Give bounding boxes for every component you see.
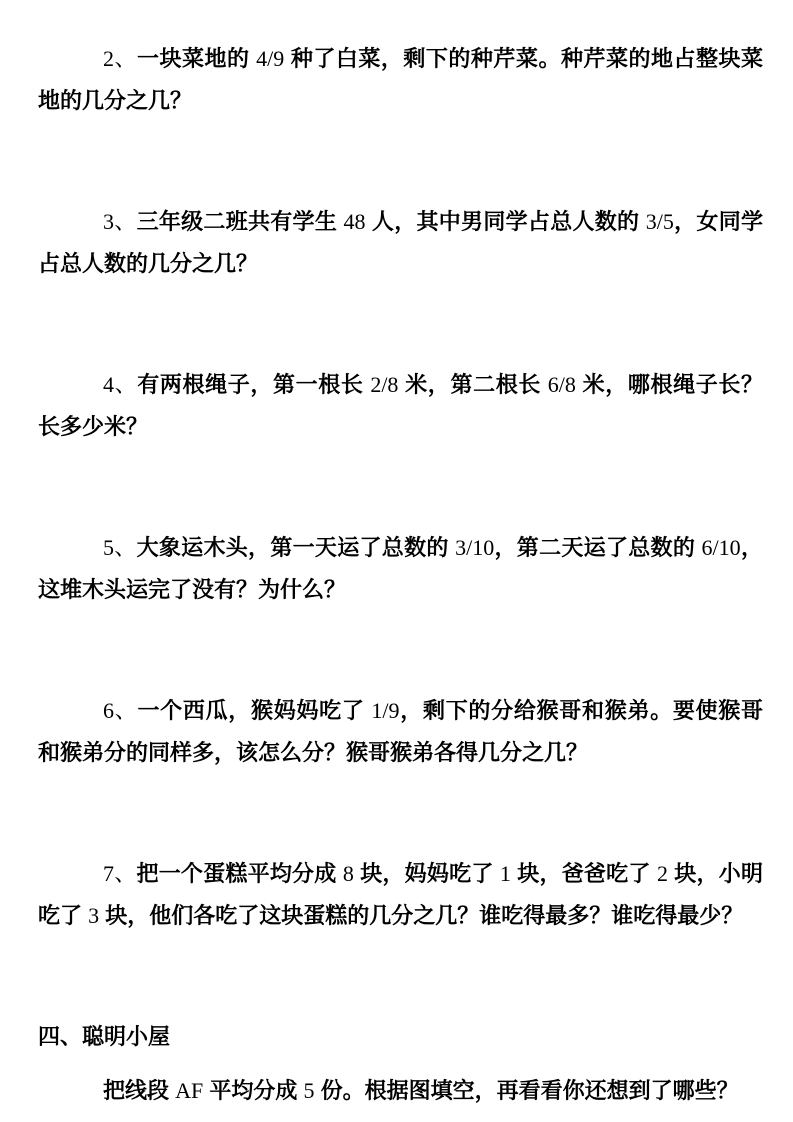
- figure-run: 4/9: [256, 46, 284, 71]
- figure-run: 3、: [103, 209, 137, 234]
- question-7: 7、把一个蛋糕平均分成 8 块，妈妈吃了 1 块，爸爸吃了 2 块，小明吃了 3…: [38, 853, 763, 937]
- question-6: 6、一个西瓜，猴妈妈吃了 1/9，剩下的分给猴哥和猴弟。要使猴哥和猴弟分的同样多…: [38, 690, 763, 774]
- text-run: 大象运木头，第一天运了总数的: [137, 535, 456, 560]
- text-run: 块，妈妈吃了: [354, 861, 500, 886]
- final-instruction: 把线段 AF 平均分成 5 份。根据图填空，再看看你还想到了哪些？: [38, 1070, 763, 1112]
- figure-run: 1/9: [371, 698, 399, 723]
- figure-run: 6/8: [548, 372, 576, 397]
- figure-run: 1: [500, 861, 511, 886]
- text-run: 把一个蛋糕平均分成: [136, 861, 342, 886]
- text-run: 块，爸爸吃了: [511, 861, 657, 886]
- text-run: 三年级二班共有学生: [137, 209, 344, 234]
- figure-run: 8: [343, 861, 354, 886]
- figure-run: 2、: [103, 46, 137, 71]
- document-body: 2、一块菜地的 4/9 种了白菜，剩下的种芹菜。种芹菜的地占整块菜地的几分之几？…: [0, 0, 793, 1122]
- figure-run: 5: [303, 1078, 314, 1103]
- question-2: 2、一块菜地的 4/9 种了白菜，剩下的种芹菜。种芹菜的地占整块菜地的几分之几？: [38, 38, 763, 122]
- text-run: 人，其中男同学占总人数的: [366, 209, 646, 234]
- figure-run: 2: [657, 861, 668, 886]
- figure-run: 3/5: [646, 209, 674, 234]
- figure-run: 3: [88, 903, 99, 928]
- text-run: 一块菜地的: [137, 46, 256, 71]
- text-run: 米，第二根长: [398, 372, 547, 397]
- worksheet-page: { "document": { "background_color": "#ff…: [0, 0, 793, 1122]
- figure-run: 5、: [103, 535, 137, 560]
- figure-run: 2/8: [370, 372, 398, 397]
- question-5: 5、大象运木头，第一天运了总数的 3/10，第二天运了总数的 6/10，这堆木头…: [38, 527, 763, 611]
- text-run: 一个西瓜，猴妈妈吃了: [137, 698, 371, 723]
- figure-run: 3/10: [455, 535, 494, 560]
- text-run: 份。根据图填空，再看看你还想到了哪些？: [314, 1078, 738, 1103]
- question-4: 4、有两根绳子，第一根长 2/8 米，第二根长 6/8 米，哪根绳子长？长多少米…: [38, 364, 763, 448]
- figure-run: 7、: [103, 861, 136, 886]
- text-run: 平均分成: [203, 1078, 303, 1103]
- figure-run: 4、: [103, 372, 137, 397]
- text-run: 有两根绳子，第一根长: [137, 372, 370, 397]
- question-3: 3、三年级二班共有学生 48 人，其中男同学占总人数的 3/5，女同学占总人数的…: [38, 201, 763, 285]
- section-title: 四、聪明小屋: [38, 1016, 763, 1058]
- text-run: 块，他们各吃了这块蛋糕的几分之几？谁吃得最多？谁吃得最少？: [99, 903, 743, 928]
- figure-run: 6、: [103, 698, 137, 723]
- figure-run: 6/10: [702, 535, 741, 560]
- figure-run: AF: [175, 1078, 203, 1103]
- figure-run: 48: [344, 209, 366, 234]
- text-run: 把线段: [103, 1078, 175, 1103]
- text-run: ，第二天运了总数的: [494, 535, 701, 560]
